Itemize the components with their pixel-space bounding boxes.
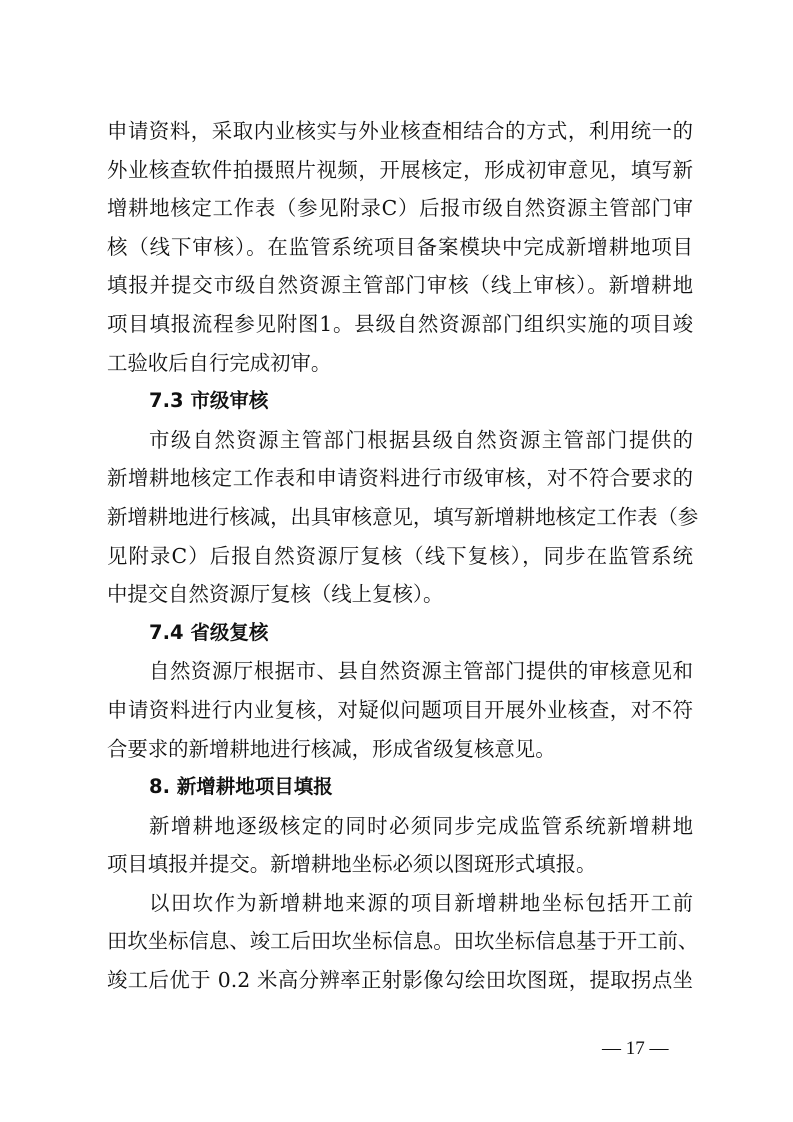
section-heading-8: 8. 新增耕地项目填报 bbox=[107, 768, 693, 807]
paragraph-line: 新增耕地逐级核定的同时必须同步完成监管系统新增耕地 bbox=[107, 807, 693, 846]
paragraph-line: 新增耕地核定工作表和申请资料进行市级审核，对不符合要求的 bbox=[107, 459, 693, 498]
paragraph-line: 工验收后自行完成初审。 bbox=[107, 344, 693, 383]
paragraph-line: 申请资料进行内业复核，对疑似问题项目开展外业核查，对不符 bbox=[107, 691, 693, 730]
paragraph-line: 以田坎作为新增耕地来源的项目新增耕地坐标包括开工前 bbox=[107, 884, 693, 923]
document-page: 申请资料，采取内业核实与外业核查相结合的方式，利用统一的 外业核查软件拍摄照片视… bbox=[107, 112, 693, 1000]
paragraph-line: 竣工后优于 0.2 米高分辨率正射影像勾绘田坎图斑，提取拐点坐 bbox=[107, 961, 693, 1000]
paragraph-line: 中提交自然资源厅复核（线上复核）。 bbox=[107, 575, 693, 614]
page-number: — 17 — bbox=[602, 1038, 669, 1060]
paragraph-line: 市级自然资源主管部门根据县级自然资源主管部门提供的 bbox=[107, 421, 693, 460]
paragraph-line: 见附录C）后报自然资源厅复核（线下复核），同步在监管系统 bbox=[107, 537, 693, 576]
paragraph-line: 项目填报流程参见附图1。县级自然资源部门组织实施的项目竣 bbox=[107, 305, 693, 344]
paragraph-line: 填报并提交市级自然资源主管部门审核（线上审核）。新增耕地 bbox=[107, 266, 693, 305]
paragraph-line: 项目填报并提交。新增耕地坐标必须以图斑形式填报。 bbox=[107, 845, 693, 884]
paragraph-line: 增耕地核定工作表（参见附录C）后报市级自然资源主管部门审 bbox=[107, 189, 693, 228]
paragraph-line: 自然资源厅根据市、县自然资源主管部门提供的审核意见和 bbox=[107, 652, 693, 691]
paragraph-line: 合要求的新增耕地进行核减，形成省级复核意见。 bbox=[107, 730, 693, 769]
section-heading-7-3: 7.3 市级审核 bbox=[107, 382, 693, 421]
paragraph-line: 申请资料，采取内业核实与外业核查相结合的方式，利用统一的 bbox=[107, 112, 693, 151]
paragraph-line: 外业核查软件拍摄照片视频，开展核定，形成初审意见，填写新 bbox=[107, 151, 693, 190]
paragraph-line: 核（线下审核）。在监管系统项目备案模块中完成新增耕地项目 bbox=[107, 228, 693, 267]
section-heading-7-4: 7.4 省级复核 bbox=[107, 614, 693, 653]
paragraph-line: 新增耕地进行核减，出具审核意见，填写新增耕地核定工作表（参 bbox=[107, 498, 693, 537]
paragraph-line: 田坎坐标信息、竣工后田坎坐标信息。田坎坐标信息基于开工前、 bbox=[107, 922, 693, 961]
